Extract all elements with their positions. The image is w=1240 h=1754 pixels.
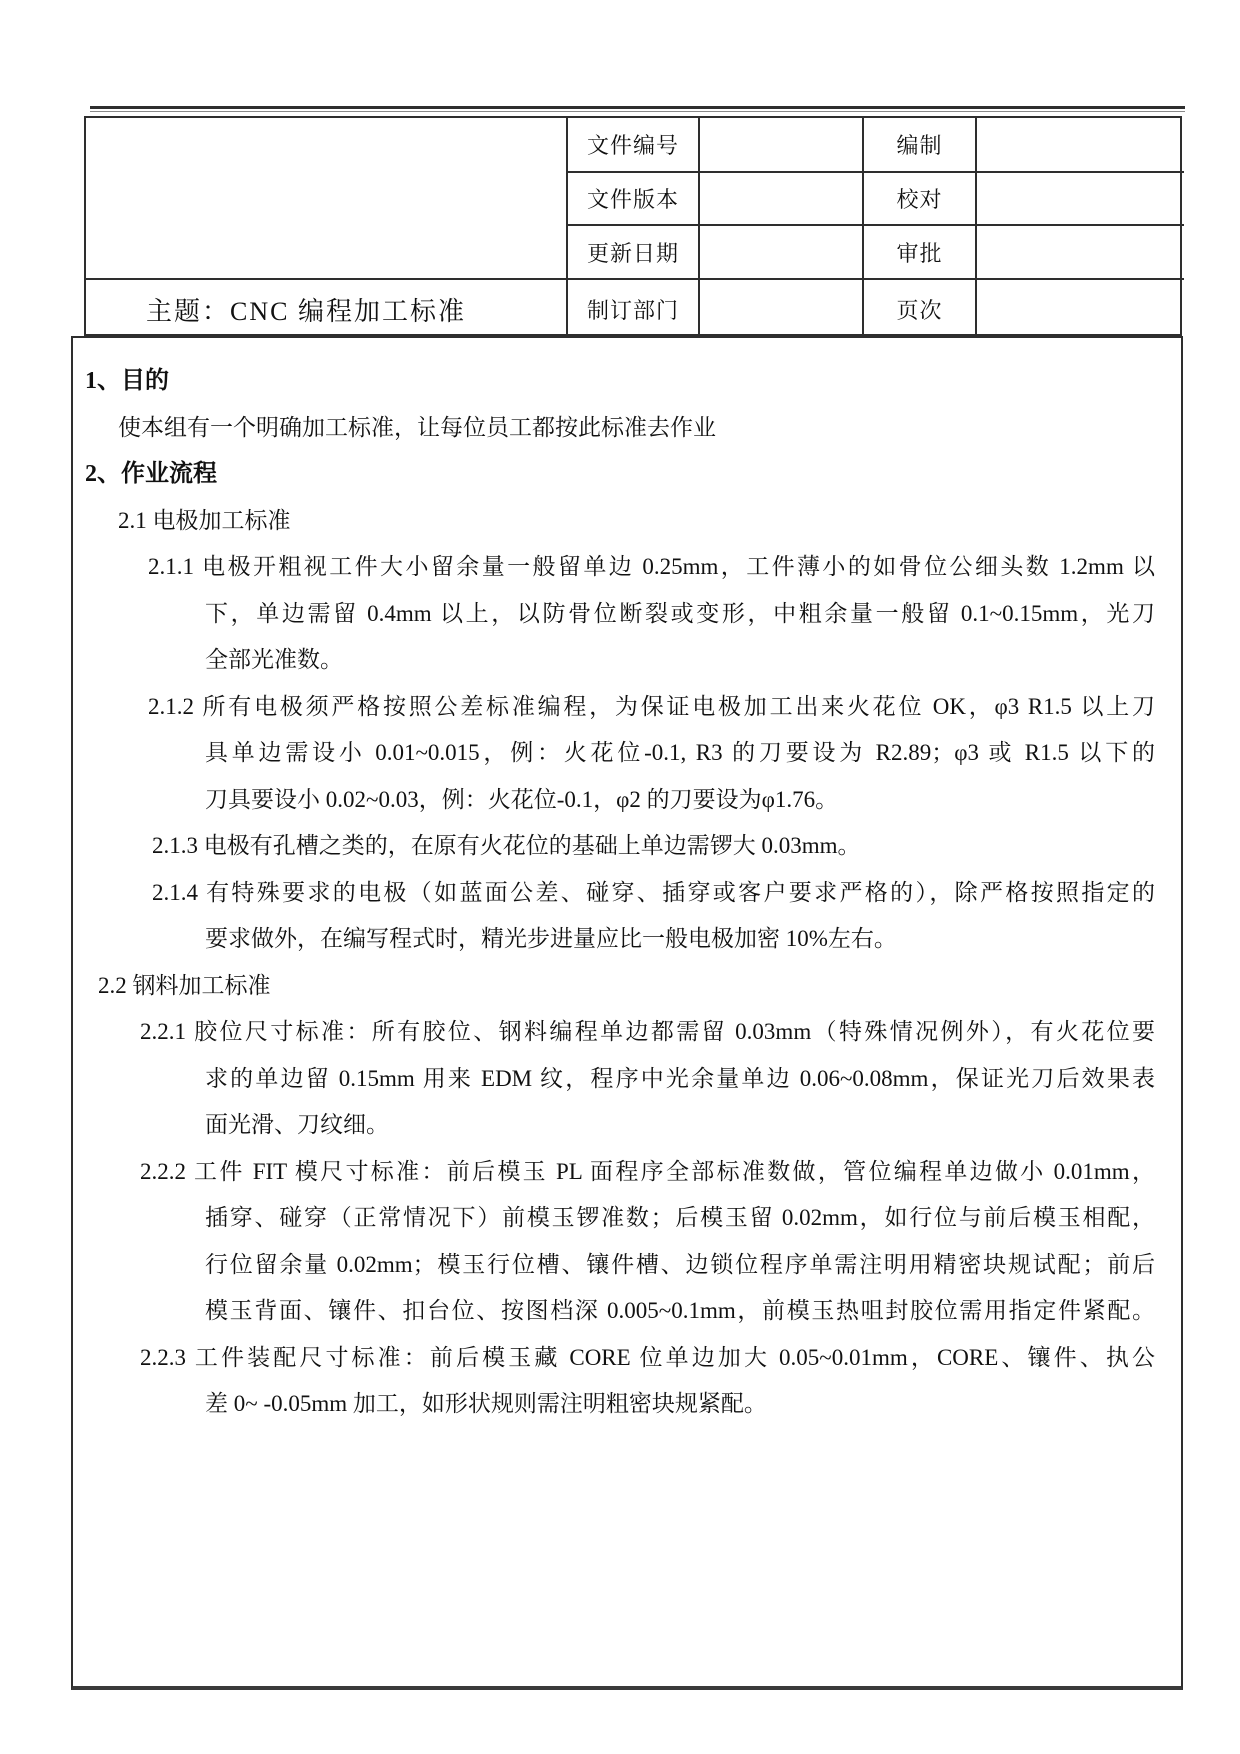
document-subject-title: 主题：CNC 编程加工标准 (86, 278, 566, 338)
proofread-label: 校对 (862, 171, 975, 224)
document-page: 文件编号 编制 文件版本 校对 更新日期 审批 主题：CNC 编程加工标准 制订… (0, 0, 1240, 1754)
header-table: 文件编号 编制 文件版本 校对 更新日期 审批 主题：CNC 编程加工标准 制订… (84, 116, 1182, 336)
clause-2-1-1-line: 2.1.1 电极开粗视工件大小留余量一般留单边 0.25mm，工件薄小的如骨位公… (71, 544, 1183, 591)
clause-2-2-2-line: 行位留余量 0.02mm；模玉行位槽、镶件槽、边锁位程序单需注明用精密块规试配；… (71, 1242, 1183, 1289)
page-number-value (975, 278, 1184, 338)
approval-label: 审批 (862, 224, 975, 278)
approval-value (975, 224, 1184, 278)
clause-2-1-2-line: 2.1.2 所有电极须严格按照公差标准编程，为保证电极加工出来火花位 OK，φ3… (71, 684, 1183, 731)
section-heading-workflow: 2、作业流程 (71, 451, 1183, 498)
clause-2-1-4-line: 要求做外，在编写程式时，精光步进量应比一般电极加密 10%左右。 (71, 916, 1183, 963)
section-heading-purpose: 1、目的 (71, 358, 1183, 405)
clause-2-2-1-line: 2.2.1 胶位尺寸标准：所有胶位、钢料编程单边都需留 0.03mm（特殊情况例… (71, 1009, 1183, 1056)
clause-2-1-3-line: 2.1.3 电极有孔槽之类的，在原有火花位的基础上单边需锣大 0.03mm。 (71, 823, 1183, 870)
update-date-value (698, 224, 862, 278)
top-border-rule (90, 106, 1185, 112)
prepared-by-label: 编制 (862, 118, 975, 171)
clause-2-2-1-line: 求的单边留 0.15mm 用来 EDM 纹，程序中光余量单边 0.06~0.08… (71, 1056, 1183, 1103)
purpose-text: 使本组有一个明确加工标准，让每位员工都按此标准去作业 (71, 405, 1183, 452)
clause-2-2-3-line: 2.2.3 工件装配尺寸标准：前后模玉藏 CORE 位单边加大 0.05~0.0… (71, 1335, 1183, 1382)
logo-area-empty-cell (86, 118, 566, 278)
doc-number-value (698, 118, 862, 171)
clause-2-2-2-line: 2.2.2 工件 FIT 模尺寸标准：前后模玉 PL 面程序全部标准数做，管位编… (71, 1149, 1183, 1196)
clause-2-1-1-line: 全部光准数。 (71, 637, 1183, 684)
clause-2-2-3-line: 差 0~ -0.05mm 加工，如形状规则需注明粗密块规紧配。 (71, 1381, 1183, 1428)
clause-2-2-2-line: 插穿、碰穿（正常情况下）前模玉锣准数；后模玉留 0.02mm，如行位与前后模玉相… (71, 1195, 1183, 1242)
prepared-by-value (975, 118, 1184, 171)
issuing-department-label: 制订部门 (566, 278, 698, 338)
update-date-label: 更新日期 (566, 224, 698, 278)
clause-2-2-2-line: 模玉背面、镶件、扣台位、按图档深 0.005~0.1mm，前模玉热咀封胶位需用指… (71, 1288, 1183, 1335)
doc-number-label: 文件编号 (566, 118, 698, 171)
proofread-value (975, 171, 1184, 224)
issuing-department-value (698, 278, 862, 338)
document-content: 1、目的 使本组有一个明确加工标准，让每位员工都按此标准去作业 2、作业流程 2… (71, 358, 1183, 1428)
subsection-2-2-heading: 2.2 钢料加工标准 (71, 963, 1183, 1010)
clause-2-2-1-line: 面光滑、刀纹细。 (71, 1102, 1183, 1149)
clause-2-1-2-line: 刀具要设小 0.02~0.03，例：火花位-0.1，φ2 的刀要设为φ1.76。 (71, 777, 1183, 824)
clause-2-1-2-line: 具单边需设小 0.01~0.015，例：火花位-0.1, R3 的刀要设为 R2… (71, 730, 1183, 777)
clause-2-1-4-line: 2.1.4 有特殊要求的电极（如蓝面公差、碰穿、插穿或客户要求严格的），除严格按… (71, 870, 1183, 917)
doc-version-label: 文件版本 (566, 171, 698, 224)
page-number-label: 页次 (862, 278, 975, 338)
subsection-2-1-heading: 2.1 电极加工标准 (71, 498, 1183, 545)
clause-2-1-1-line: 下，单边需留 0.4mm 以上，以防骨位断裂或变形，中粗余量一般留 0.1~0.… (71, 591, 1183, 638)
doc-version-value (698, 171, 862, 224)
